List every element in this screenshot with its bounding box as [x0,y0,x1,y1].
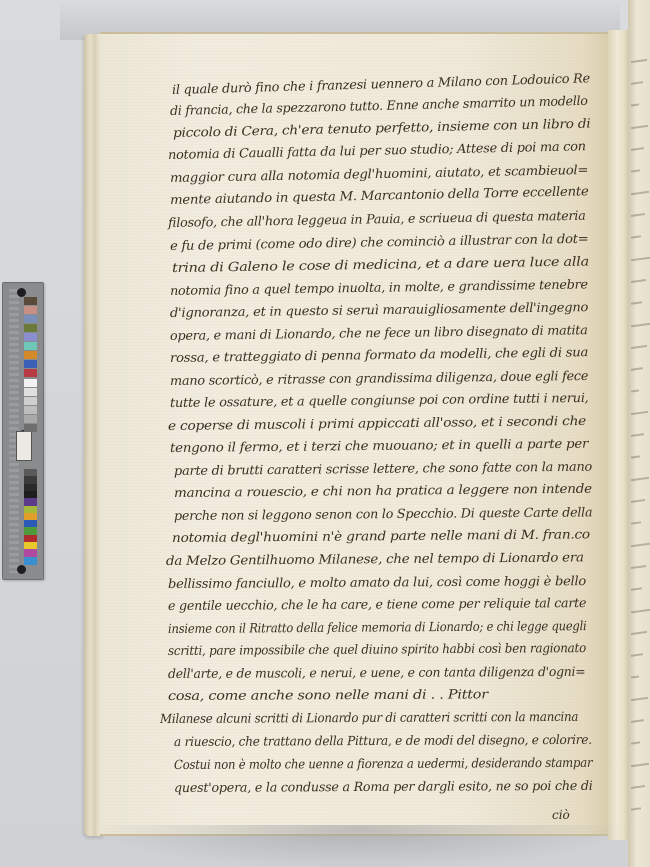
facing-page-handwriting [631,59,647,63]
facing-page-handwriting [631,455,640,458]
facing-page-handwriting [631,697,648,701]
color-patch [24,360,37,368]
facing-page-handwriting [631,345,647,349]
target-label [16,431,32,461]
facing-page-handwriting [631,147,644,151]
mount-hole-bottom [17,565,26,574]
color-patch [24,351,37,359]
color-patch [24,424,37,432]
facing-page-handwriting [631,125,648,129]
facing-page-handwriting [631,807,641,810]
facing-page-handwriting [631,763,649,767]
color-patch [24,369,37,377]
color-patch [24,388,37,396]
facing-page-handwriting [631,323,650,328]
facing-page-handwriting [631,521,641,524]
facing-page-handwriting [631,279,646,283]
facing-page-handwriting [631,191,649,195]
bottom-shadow [90,825,630,867]
text-line: cosa, come anche sono nelle mani di . . … [168,682,488,708]
facing-page-handwriting [631,257,650,262]
facing-page-handwriting [631,741,640,744]
color-patch [24,397,37,405]
facing-page-handwriting [631,631,647,635]
color-patch [24,297,37,305]
text-line: a riuescio, che trattano della Pittura, … [174,728,592,754]
facing-page-handwriting [631,499,645,503]
facing-page-handwriting [631,609,650,614]
facing-page-handwriting [631,169,640,172]
facing-page-handwriting [631,653,643,657]
text-line: scritti, pare impossibile che quel diuin… [168,636,586,663]
text-line: Costui non è molto che uenne a fiorenza … [174,751,592,777]
book-gutter [608,30,630,840]
facing-page-handwriting [631,235,641,238]
facing-page-handwriting [631,543,650,548]
color-patch [24,406,37,414]
facing-page-handwriting [631,103,639,106]
color-patch [24,379,37,387]
facing-page-edge [628,0,650,867]
color-patch [24,557,37,565]
facing-page-handwriting [631,565,646,569]
facing-page-handwriting [631,213,645,217]
color-patch [24,324,37,332]
facing-page-handwriting [631,785,645,789]
color-calibration-target [2,282,44,580]
color-patch [24,342,37,350]
facing-page-handwriting [631,587,642,591]
mount-hole-top [17,288,26,297]
color-patch [24,415,37,423]
color-patch [24,306,37,314]
facing-page-handwriting [631,81,643,85]
text-line: quest'opera, e la condusse a Roma per da… [174,774,593,800]
facing-page-handwriting [631,411,648,415]
facing-page-handwriting [631,719,644,723]
facing-page-handwriting [631,389,639,392]
catchword: ciò [552,808,570,822]
text-line: Milanese alcuni scritti di Lionardo pur … [160,705,578,731]
facing-page-handwriting [631,301,642,305]
color-patch [24,315,37,323]
color-patch [24,333,37,341]
facing-page-handwriting [631,433,644,437]
facing-page-handwriting [631,477,649,481]
facing-page-handwriting [631,675,639,678]
facing-page-handwriting [631,367,643,371]
